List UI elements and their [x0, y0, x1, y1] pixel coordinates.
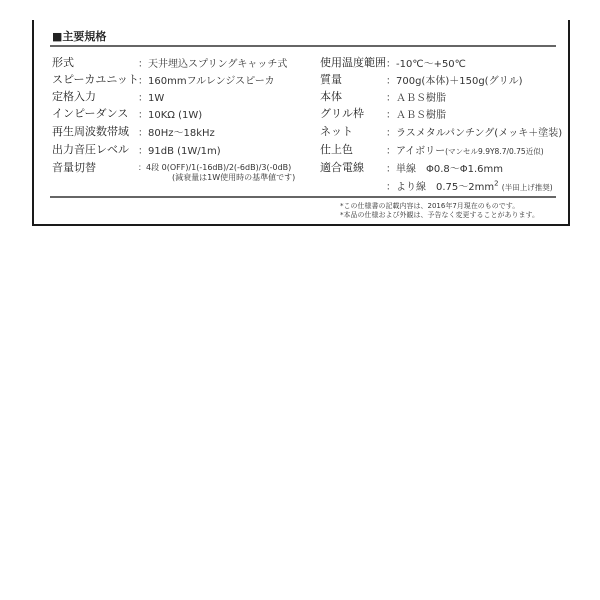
divider-top: [50, 45, 556, 47]
solder-hint: (半田上げ推奨): [502, 183, 553, 192]
spec-label-rated-input: 定格入力: [52, 88, 96, 104]
note-change: *本品の仕様および外観は、予告なく変更することがあります。: [340, 210, 539, 220]
spec-label-grill: グリル枠: [320, 105, 364, 121]
spec-label-wire: 適合電線: [320, 159, 364, 175]
spec-value-volume-note: (減衰量は1W使用時の基準値です): [172, 172, 295, 183]
spec-label-frequency: 再生周波数帯域: [52, 123, 129, 139]
spec-value-net: ：ラスメタルパンチング(メッキ＋塗装): [386, 124, 562, 139]
stranded-value: ：より線 0.75～2mm: [386, 182, 494, 193]
spec-value-mass: ：700g(本体)＋150g(グリル): [386, 72, 522, 87]
spec-value-finish: ：アイボリー(マンセル9.9Y8.7/0.75近似): [386, 142, 544, 157]
spec-label-unit: スピーカユニット: [52, 71, 139, 87]
spec-label-impedance: インピーダンス: [52, 105, 128, 121]
spec-value-spl: ：91dB (1W/1m): [138, 142, 221, 157]
spec-label-finish: 仕上色: [320, 141, 353, 157]
section-title: ■主要規格: [52, 28, 106, 44]
spec-value-unit: ：160mmフルレンジスピーカ: [138, 72, 275, 87]
spec-label-net: ネット: [320, 123, 353, 139]
superscript: 2: [494, 180, 498, 188]
spec-value-body: ：ＡＢＳ樹脂: [386, 89, 446, 104]
divider-bottom: [50, 196, 556, 198]
finish-color: ：アイボリー: [386, 146, 445, 157]
spec-label-temp: 使用温度範囲: [320, 54, 386, 70]
spec-value-temp: ：-10℃～+50℃: [386, 55, 466, 70]
spec-label-mass: 質量: [320, 71, 342, 87]
spec-label-spl: 出力音圧レベル: [52, 141, 129, 157]
spec-value-type: ：天井埋込スプリングキャッチ式: [138, 55, 287, 70]
spec-value-frequency: ：80Hz～18kHz: [138, 124, 215, 139]
finish-munsell: (マンセル9.9Y8.7/0.75近似): [445, 147, 544, 156]
spec-value-wire-solid: ：単線 Φ0.8～Φ1.6mm: [386, 160, 503, 175]
spec-label-body: 本体: [320, 88, 342, 104]
spec-label-type: 形式: [52, 54, 74, 70]
spec-value-impedance: ：10KΩ (1W): [138, 106, 202, 121]
spec-value-wire-stranded: ：より線 0.75～2mm2 (半田上げ推奨): [386, 178, 553, 193]
spec-value-rated-input: ：1W: [138, 89, 164, 104]
spec-value-grill: ：ＡＢＳ樹脂: [386, 106, 446, 121]
spec-label-volume: 音量切替: [52, 159, 96, 175]
